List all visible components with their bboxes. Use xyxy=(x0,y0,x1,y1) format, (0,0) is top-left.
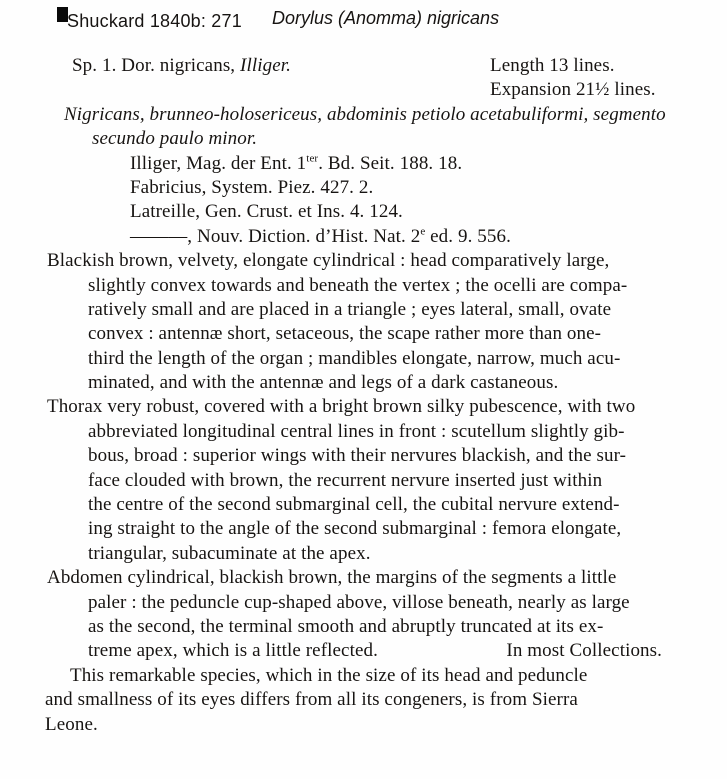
description-line: Blackish brown, velvety, elongate cylind… xyxy=(0,249,727,273)
species-heading: Sp. 1. Dor. nigricans, xyxy=(72,55,235,76)
description-line: third the length of the organ ; mandible… xyxy=(0,347,727,371)
description-line: the centre of the second submarginal cel… xyxy=(0,493,727,517)
species-author: Illiger. xyxy=(240,55,291,76)
scanned-document-page: Shuckard 1840b: 271 Dorylus (Anomma) nig… xyxy=(0,0,727,779)
description-line: slightly convex towards and beneath the … xyxy=(0,274,727,298)
description-line: ratively small and are placed in a trian… xyxy=(0,298,727,322)
header-citation: Shuckard 1840b: 271 xyxy=(67,11,242,32)
closing-line: Leone. xyxy=(0,713,727,737)
page-body: Sp. 1. Dor. nigricans, Illiger. Length 1… xyxy=(0,54,727,737)
description-line: bous, broad : superior wings with their … xyxy=(0,444,727,468)
description-line: Thorax very robust, covered with a brigh… xyxy=(0,395,727,419)
length-measure: Length 13 lines. xyxy=(490,54,615,78)
reference-fabricius: Fabricius, System. Piez. 427. 2. xyxy=(0,176,727,200)
latin-diagnosis-line: Nigricans, brunneo-holosericeus, abdomin… xyxy=(0,103,727,127)
reference-nouv-diction: ———, Nouv. Diction. d’Hist. Nat. 2e ed. … xyxy=(0,225,727,249)
description-line: Abdomen cylindrical, blackish brown, the… xyxy=(0,566,727,590)
closing-line: This remarkable species, which in the si… xyxy=(0,664,727,688)
description-line: face clouded with brown, the recurrent n… xyxy=(0,469,727,493)
expansion-measure: Expansion 21½ lines. xyxy=(490,78,656,102)
superscript: ter xyxy=(306,152,318,164)
expansion-line: Expansion 21½ lines. xyxy=(0,78,727,102)
description-line: as the second, the terminal smooth and a… xyxy=(0,615,727,639)
description-line: abbreviated longitudinal central lines i… xyxy=(0,420,727,444)
reference-latreille: Latreille, Gen. Crust. et Ins. 4. 124. xyxy=(0,200,727,224)
description-line: treme apex, which is a little reflected.… xyxy=(0,639,727,663)
description-line: paler : the peduncle cup-shaped above, v… xyxy=(0,591,727,615)
collections-note: In most Collections. xyxy=(506,639,662,663)
description-line: triangular, subacuminate at the apex. xyxy=(0,542,727,566)
description-line: ing straight to the angle of the second … xyxy=(0,517,727,541)
description-line: minated, and with the antennæ and legs o… xyxy=(0,371,727,395)
closing-line: and smallness of its eyes differs from a… xyxy=(0,688,727,712)
species-heading-line: Sp. 1. Dor. nigricans, Illiger. Length 1… xyxy=(0,54,727,78)
description-line: convex : antennæ short, setaceous, the s… xyxy=(0,322,727,346)
latin-diagnosis-line: secundo paulo minor. xyxy=(0,127,727,151)
reference-illiger: Illiger, Mag. der Ent. 1ter. Bd. Seit. 1… xyxy=(0,152,727,176)
header-taxon-title: Dorylus (Anomma) nigricans xyxy=(272,8,499,29)
